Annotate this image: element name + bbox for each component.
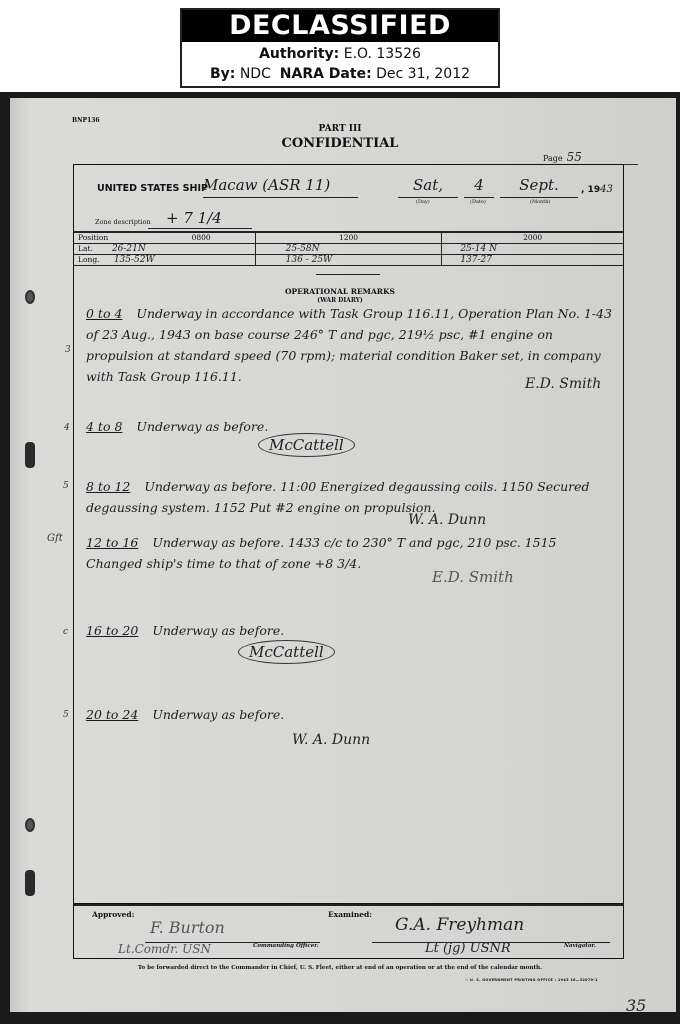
watch-period: 8 to 12 — [86, 479, 130, 494]
log-entry: 8 to 12Underway as before. 11:00 Energiz… — [86, 476, 616, 518]
examined-label: Examined: — [328, 910, 372, 919]
month-value: Sept. — [500, 176, 578, 198]
position-row-lat: Lat. 26-21N 25-58N 25-14 N — [74, 244, 623, 255]
log-entry: 4 to 8Underway as before. — [86, 416, 616, 437]
margin-mark: 5 — [63, 481, 69, 491]
officer-signature: McCattell — [238, 640, 335, 664]
officer-signature: W. A. Dunn — [408, 512, 486, 528]
classification-heading: CONFIDENTIAL — [0, 136, 680, 151]
approved-label: Approved: — [92, 910, 134, 919]
printing-office-note: ☆ U. S. GOVERNMENT PRINTING OFFICE : 194… — [465, 978, 598, 982]
archive-number: 35 — [626, 996, 646, 1015]
binder-hole-icon — [25, 818, 35, 832]
log-entry: 0 to 4Underway in accordance with Task G… — [86, 303, 616, 387]
entry-text: Underway in accordance with Task Group 1… — [86, 306, 612, 384]
zone-value: + 7 1/4 — [148, 209, 252, 229]
date-label: (Date) — [470, 199, 486, 205]
commanding-officer-signature: F. Burton — [150, 918, 225, 937]
position-row-long: Long. 135-52W 136 - 25W 137-27 — [74, 255, 623, 266]
officer-signature: E.D. Smith — [525, 376, 601, 392]
entry-text: Underway as before. — [136, 419, 268, 434]
remarks-title: OPERATIONAL REMARKS — [0, 287, 680, 296]
officer-signature: E.D. Smith — [432, 568, 514, 586]
position-header-1200: 1200 — [255, 232, 442, 244]
year: , 1943 — [581, 184, 613, 195]
margin-mark: 3 — [65, 345, 71, 355]
scan-edge — [0, 1012, 680, 1024]
navigator-label: Navigator. — [564, 943, 596, 949]
binder-clip-icon — [25, 870, 35, 896]
stamp-title: DECLASSIFIED — [182, 10, 498, 42]
entry-text: Underway as before. — [152, 707, 284, 722]
entry-text: Underway as before. — [152, 623, 284, 638]
margin-mark: Gft — [47, 533, 63, 544]
commanding-officer-rank: Lt.Comdr. USN — [118, 942, 211, 956]
ship-label: UNITED STATES SHIP — [97, 183, 208, 194]
watch-period: 20 to 24 — [86, 707, 138, 722]
watch-period: 16 to 20 — [86, 623, 138, 638]
position-table: Position0800 1200 2000 Lat. 26-21N 25-58… — [74, 231, 623, 266]
position-header-row: Position0800 1200 2000 — [74, 232, 623, 244]
stamp-by-date: By: NDC NARA Date: Dec 31, 2012 — [182, 64, 498, 84]
forwarding-instruction: To be forwarded direct to the Commander … — [0, 965, 680, 971]
log-entry: 12 to 16Underway as before. 1433 c/c to … — [86, 532, 616, 574]
position-header: Position0800 — [74, 232, 255, 244]
section-divider — [316, 274, 380, 275]
declassified-stamp: DECLASSIFIED Authority: E.O. 13526 By: N… — [180, 8, 500, 88]
binder-clip-icon — [25, 442, 35, 468]
page-number-value: 55 — [563, 150, 638, 165]
margin-mark: c — [63, 627, 68, 637]
day-value: Sat, — [398, 176, 458, 198]
log-entry: 20 to 24Underway as before. — [86, 704, 616, 725]
navigator-rank: Lt (jg) USNR — [425, 941, 511, 956]
log-entry: 16 to 20Underway as before. — [86, 620, 616, 641]
ship-name: Macaw (ASR 11) — [203, 176, 358, 198]
watch-period: 0 to 4 — [86, 306, 122, 321]
watch-period: 4 to 8 — [86, 419, 122, 434]
entry-text: Underway as before. 11:00 Energized dega… — [86, 479, 590, 515]
entry-text: Underway as before. 1433 c/c to 230° T a… — [86, 535, 557, 571]
officer-signature: McCattell — [258, 433, 355, 457]
zone-label: Zone description — [95, 218, 151, 226]
margin-mark: 5 — [63, 710, 69, 720]
part-heading: PART III — [0, 124, 680, 134]
officer-signature: W. A. Dunn — [292, 732, 370, 748]
navigator-signature: G.A. Freyhman — [395, 915, 524, 935]
commanding-officer-label: Commanding Officer. — [253, 943, 319, 949]
day-label: (Day) — [416, 199, 430, 205]
form-id: BNP136 — [72, 117, 100, 124]
margin-mark: 4 — [64, 423, 70, 433]
month-label: (Month) — [530, 199, 550, 205]
position-header-2000: 2000 — [442, 232, 623, 244]
stamp-authority: Authority: E.O. 13526 — [182, 44, 498, 64]
page-number: Page55 — [543, 150, 638, 165]
watch-period: 12 to 16 — [86, 535, 138, 550]
date-value: 4 — [464, 176, 494, 198]
